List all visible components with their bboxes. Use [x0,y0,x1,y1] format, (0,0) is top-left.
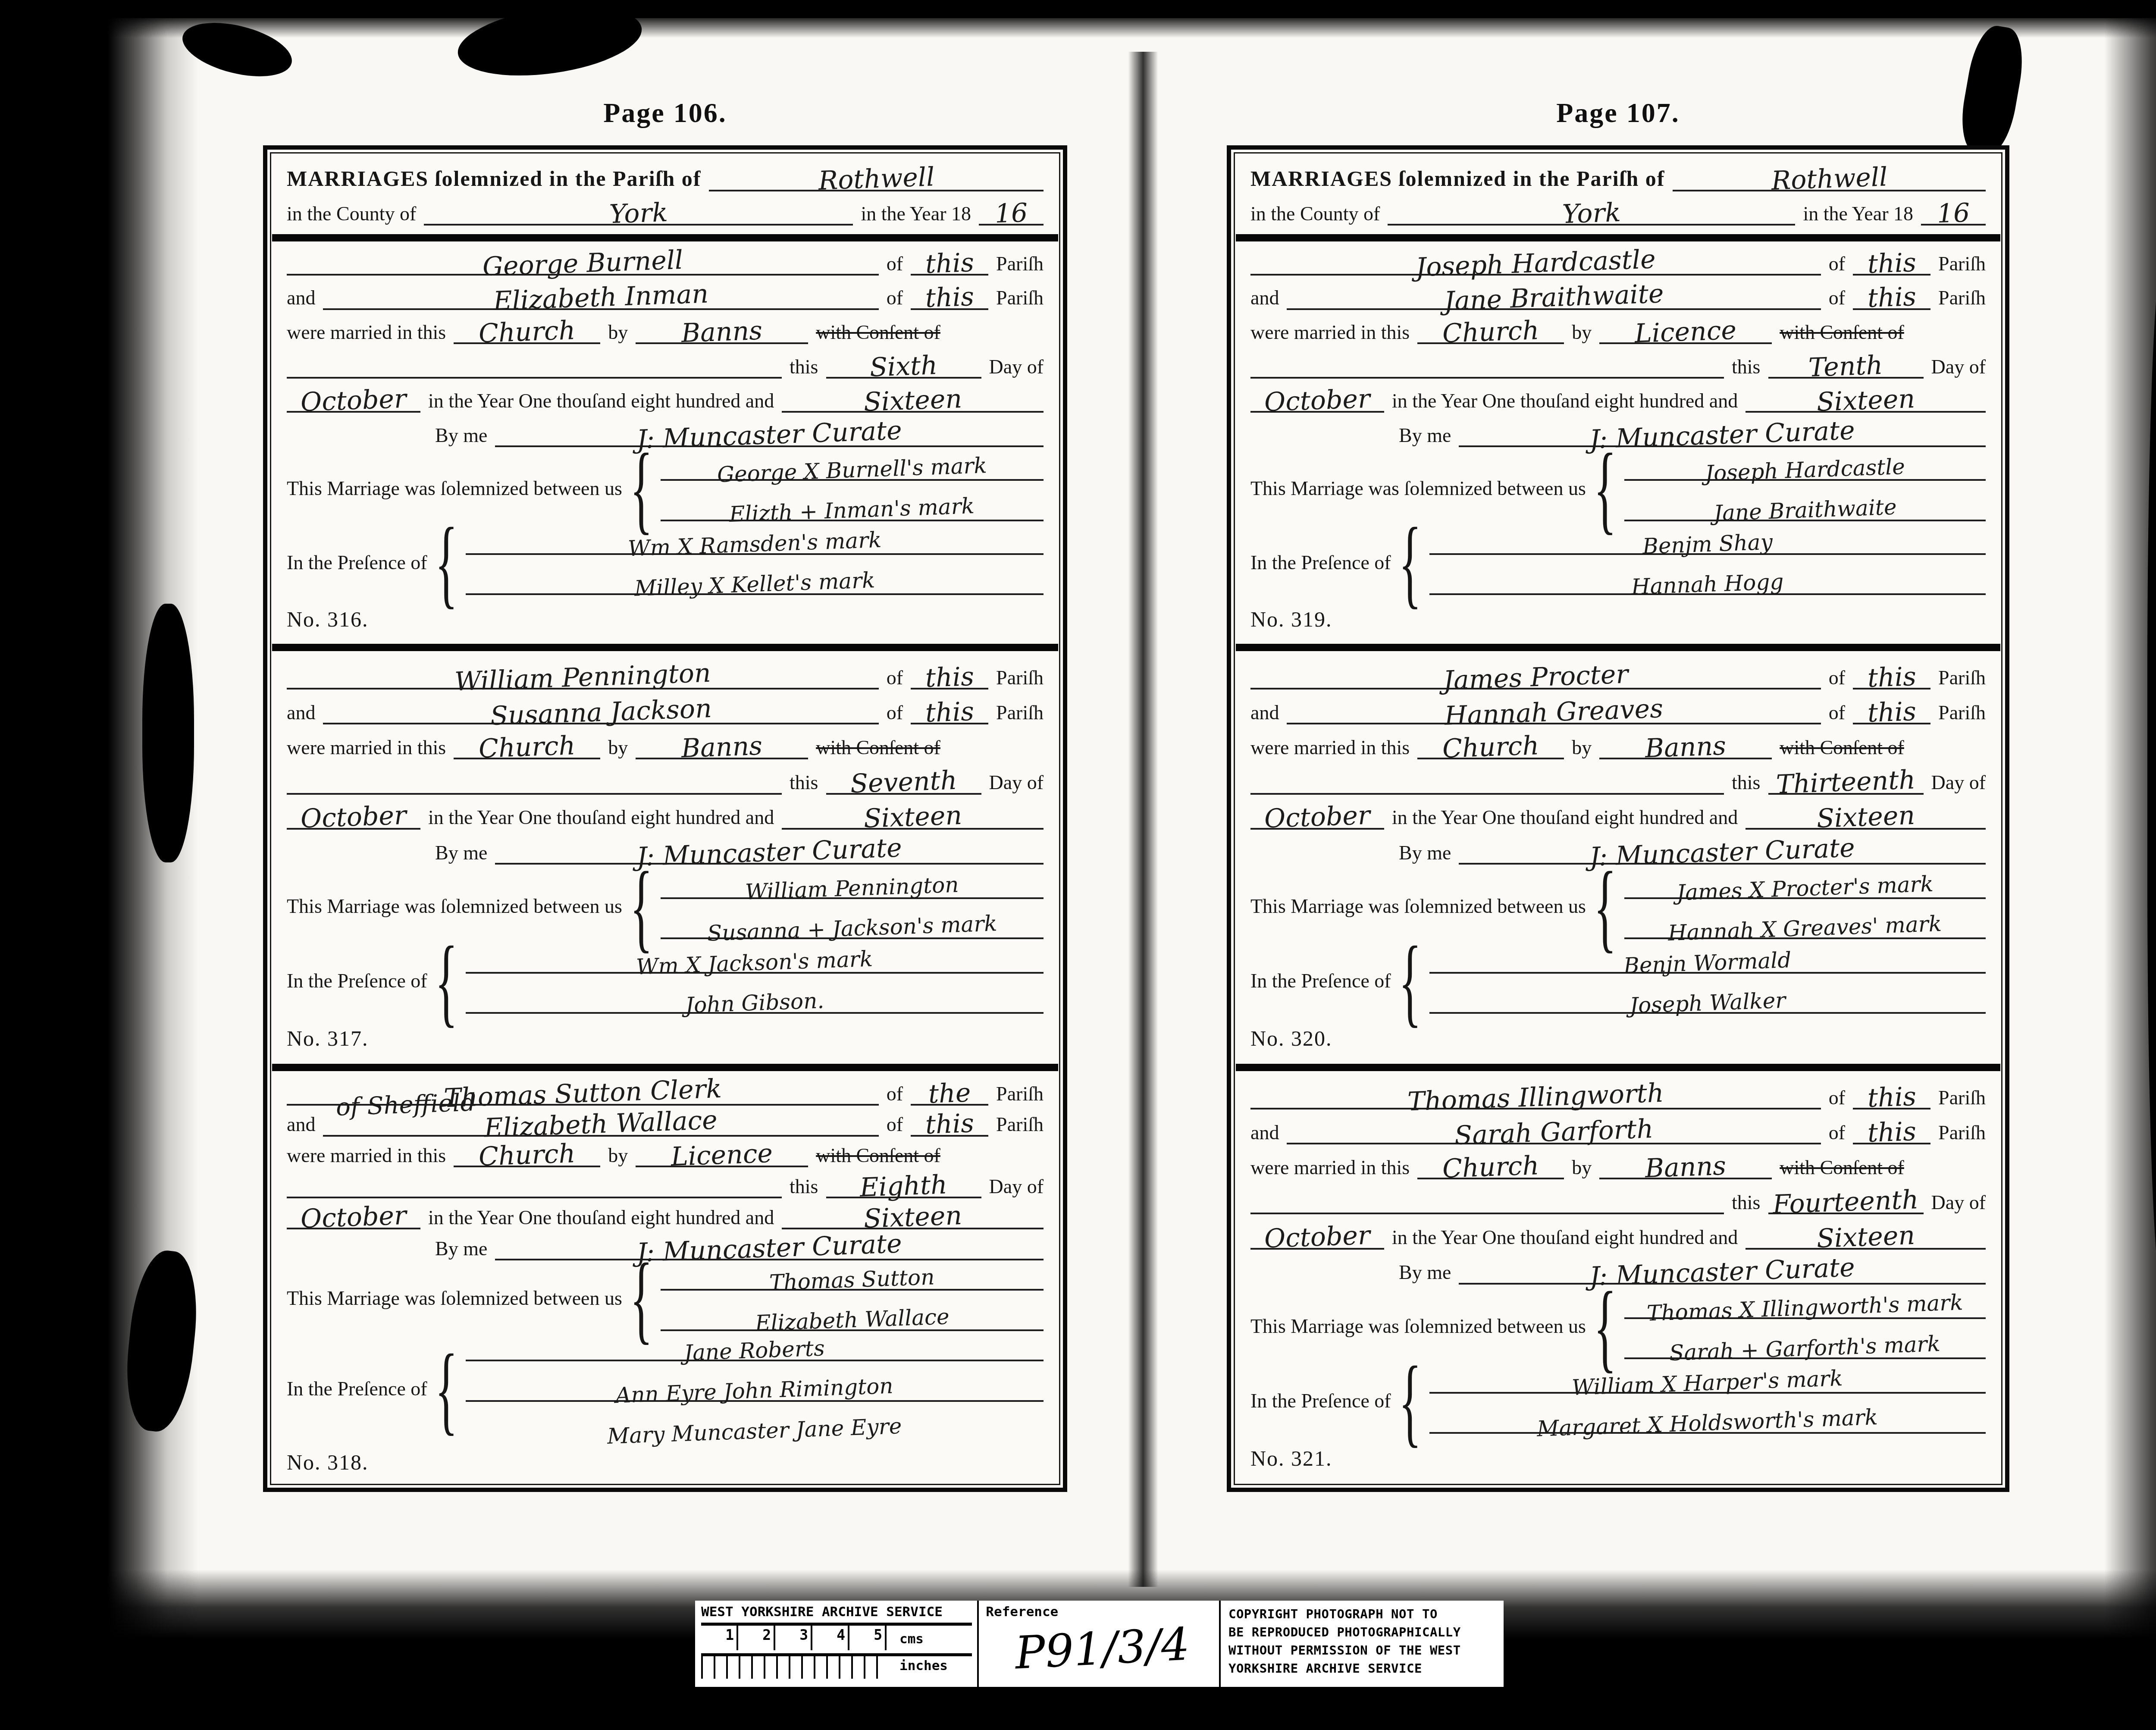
day-of-label: Day of [1931,1191,1986,1214]
year-words-label: in the Year One thouſand eight hundred a… [428,389,774,413]
this-label: this [1732,1191,1760,1214]
and-label: and [1250,1121,1279,1144]
bride-parish: this [925,286,974,309]
day-value: Fourteenth [1773,1189,1919,1215]
consent-label-struck: with Conſent of [1780,736,1904,759]
entry-number: No. 316. [287,606,369,632]
brace-icon: { [435,941,458,1021]
place-value: Church [478,1143,576,1167]
of-label: of [887,1113,903,1136]
county-label: in the County of [1250,202,1380,226]
entry-number: No. 317. [287,1025,369,1051]
day-of-label: Day of [989,355,1044,379]
consent-label-struck: with Conſent of [1780,1156,1904,1179]
place-value: Church [1442,1155,1539,1179]
brace-icon: { [435,523,458,602]
presence-label: In the Preſence of [287,551,427,574]
consent-label-struck: with Conſent of [816,736,940,759]
month-value: October [300,1205,407,1229]
bride-parish: this [925,701,974,724]
place-value: Church [478,735,576,759]
groom-parish: this [1867,252,1916,275]
copyright-line: WITHOUT PERMISSION OF THE WEST [1228,1641,1504,1659]
consent-label-struck: with Conſent of [1780,320,1904,344]
bride-parish: this [925,1113,974,1136]
method-value: Banns [681,736,763,759]
copyright-line: YORKSHIRE ARCHIVE SERVICE [1228,1659,1504,1677]
solemnized-label: This Marriage was ſolemnized between us [287,894,622,918]
groom-parish: this [1867,1086,1916,1109]
solemnized-line: George X Burnell's mark [717,457,987,483]
day-of-label: Day of [1931,355,1986,379]
witness-line: Wm X Jackson's mark [636,950,873,975]
parish-name: Rothwell [818,167,935,191]
witness-line: Margaret X Holdsworth's mark [1537,1408,1878,1438]
groom-name: Thomas Illingworth [1407,1083,1664,1113]
solemnized-line: William Pennington [745,876,959,900]
cms-label: cms [899,1631,924,1650]
solemnized-line: Thomas X Illingworth's mark [1647,1294,1964,1323]
married-in-label: were married in this [1250,736,1410,759]
day-value: Seventh [850,770,957,795]
year-word-value: Sixteen [863,805,962,829]
marriage-entry-317: William Pennington of this Pariſh and Su… [271,651,1059,1064]
year-word-value: Sixteen [1816,389,1915,413]
ruler-bar [701,1623,972,1626]
officiant-signature: J: Muncaster Curate [636,420,903,450]
parish-label: Pariſh [996,252,1044,276]
ruler-number: 3 [775,1626,812,1650]
brace-icon: { [630,866,653,946]
and-label: and [1250,286,1279,310]
year-word-value: Sixteen [863,389,962,413]
page-label: Page 106. [263,97,1067,129]
year-suffix: 16 [1937,203,1970,225]
parish-label: Pariſh [996,1082,1044,1106]
groom-parish: this [1867,666,1916,689]
solemnized-label: This Marriage was ſolemnized between us [1250,894,1586,918]
this-label: this [790,1175,818,1198]
solemnized-line: Hannah X Greaves' mark [1668,915,1942,942]
parish-label: Pariſh [1938,252,1986,276]
rule-divider [272,234,1058,241]
this-label: this [790,355,818,379]
copyright-line: COPYRIGHT PHOTOGRAPH NOT TO [1228,1605,1504,1623]
solemnized-line: Thomas Sutton [769,1269,935,1291]
year18-label: in the Year 18 [861,202,971,226]
place-value: Church [1442,320,1539,344]
married-in-label: were married in this [1250,320,1410,344]
witness-line: Jane Roberts [684,1340,825,1362]
consent-label-struck: with Conſent of [816,320,940,344]
inch-ruler [701,1656,887,1679]
solemnized-line: Jane Braithwaite [1713,498,1897,522]
groom-name: Thomas Sutton Clerk [443,1078,722,1108]
groom-name: George Burnell [482,250,683,277]
year-word-value: Sixteen [863,1205,962,1229]
witness-line: Joseph Walker [1629,992,1786,1015]
parish-label: Pariſh [996,666,1044,689]
by-label: by [1572,736,1592,759]
day-value: Thirteenth [1776,770,1916,795]
day-value: Tenth [1808,355,1883,378]
entry-number: No. 319. [1250,606,1332,632]
entry-divider [272,1064,1058,1071]
witness-line: Benjm Shay [1642,533,1773,555]
register-page-107: Page 107. MARRIAGES ſolemnized in the Pa… [1227,97,2009,1492]
parish-label: Pariſh [1938,1121,1986,1144]
year18-label: in the Year 18 [1803,202,1913,226]
inches-label: inches [899,1658,948,1677]
by-me-label: By me [435,841,487,865]
brace-icon: { [1594,448,1617,528]
year-words-label: in the Year One thouſand eight hundred a… [1392,1225,1738,1249]
of-label: of [1829,666,1845,689]
presence-label: In the Preſence of [1250,1389,1391,1413]
entry-number: No. 321. [1250,1445,1332,1471]
by-label: by [608,736,628,759]
solemnized-line: Elizabeth Wallace [755,1308,950,1332]
year-word-value: Sixteen [1816,1225,1915,1249]
parish-label: Pariſh [1938,1086,1986,1109]
day-of-label: Day of [989,1175,1044,1198]
cm-ruler: 1 2 3 4 5 [701,1626,887,1650]
brace-icon: { [630,448,653,528]
of-label: of [887,286,903,310]
month-value: October [1264,389,1370,413]
county-name: York [1562,202,1621,225]
witness-line: John Gibson. [685,992,824,1014]
year-words-label: in the Year One thouſand eight hundred a… [428,805,774,829]
bride-name: Jane Braithwaite [1444,284,1664,312]
by-me-label: By me [1399,841,1451,865]
solemnized-line: James X Procter's mark [1676,875,1934,901]
of-label: of [887,252,903,276]
year-words-label: in the Year One thouſand eight hundred a… [428,1206,774,1229]
day-value: Sixth [869,355,937,378]
of-label: of [887,1082,903,1106]
and-label: and [287,286,315,310]
brace-icon: { [1399,523,1422,602]
parish-label: Pariſh [996,286,1044,310]
page-gutter-shadow [1128,52,1158,1587]
bride-name: Elizabeth Wallace [484,1110,718,1139]
method-value: Banns [1645,736,1727,759]
marriage-entry-319: MARRIAGES ſolemnized in the Pariſh of Ro… [1235,154,2001,644]
officiant-signature: J: Muncaster Curate [1589,420,1855,450]
consent-label-struck: with Conſent of [816,1144,940,1167]
copyright-line: BE REPRODUCED PHOTOGRAPHICALLY [1228,1623,1504,1641]
place-value: Church [1442,735,1539,759]
this-label: this [790,771,818,794]
solemnized-line: Susanna + Jackson's mark [707,915,997,942]
scale-ruler-panel: WEST YORKSHIRE ARCHIVE SERVICE 1 2 3 4 5… [695,1601,979,1687]
marriages-header-label: MARRIAGES ſolemnized in the Pariſh of [1250,166,1665,191]
groom-parish: this [925,252,974,275]
by-label: by [1572,320,1592,344]
married-in-label: were married in this [287,320,446,344]
reference-value: P91/3/4 [984,1616,1220,1681]
ruler-bar [701,1653,972,1656]
married-in-label: were married in this [287,736,446,759]
ruler-number: 5 [849,1626,887,1650]
presence-label: In the Preſence of [287,1377,427,1401]
reference-panel: Reference P91/3/4 [979,1601,1221,1687]
by-me-label: By me [1399,423,1451,447]
by-me-label: By me [1399,1260,1451,1284]
and-label: and [287,1113,315,1136]
scan-smudge [142,604,194,862]
bride-name: Susanna Jackson [490,698,712,727]
year-words-label: in the Year One thouſand eight hundred a… [1392,805,1738,829]
solemnized-label: This Marriage was ſolemnized between us [287,476,622,500]
brace-icon: { [1399,1361,1422,1441]
witness-line: Ann Eyre John Rimington [615,1377,894,1404]
solemnized-label: This Marriage was ſolemnized between us [1250,476,1586,500]
solemnized-label: This Marriage was ſolemnized between us [1250,1314,1586,1338]
entry-divider [1236,1064,2000,1071]
solemnized-line: Joseph Hardcastle [1705,458,1905,482]
archive-service-title: WEST YORKSHIRE ARCHIVE SERVICE [701,1604,972,1620]
witness-line: Hannah Hogg [1631,573,1784,595]
presence-label: In the Preſence of [1250,551,1391,574]
page-frame: MARRIAGES ſolemnized in the Pariſh of Ro… [263,145,1067,1492]
register-page-106: Page 106. MARRIAGES ſolemnized in the Pa… [263,97,1067,1492]
of-label: of [1829,1086,1845,1109]
parish-label: Pariſh [1938,666,1986,689]
year-words-label: in the Year One thouſand eight hundred a… [1392,389,1738,413]
archive-footer: WEST YORKSHIRE ARCHIVE SERVICE 1 2 3 4 5… [695,1601,1504,1687]
brace-icon: { [1594,1286,1617,1366]
entry-divider [1236,644,2000,651]
officiant-signature: J: Muncaster Curate [1589,1257,1855,1287]
reference-label: Reference [986,1604,1219,1620]
month-value: October [300,389,407,413]
officiant-signature: J: Muncaster Curate [636,1233,903,1263]
marriages-header-label: MARRIAGES ſolemnized in the Pariſh of [287,166,701,191]
county-name: York [609,202,668,225]
of-label: of [1829,286,1845,310]
page-label: Page 107. [1227,97,2009,129]
year-word-value: Sixteen [1816,805,1915,829]
parish-label: Pariſh [996,701,1044,724]
officiant-signature: J: Muncaster Curate [1589,837,1855,867]
month-value: October [1264,805,1370,830]
method-value: Licence [1634,320,1736,344]
place-value: Church [478,320,576,344]
bride-parish: this [1867,701,1916,724]
this-label: this [1732,355,1760,379]
bride-name: Hannah Greaves [1444,698,1663,727]
by-label: by [1572,1156,1592,1179]
brace-icon: { [1594,866,1617,946]
solemnized-line: Elizth + Inman's mark [729,498,975,523]
of-label: of [1829,1121,1845,1144]
year-suffix: 16 [994,203,1028,225]
presence-label: In the Preſence of [1250,969,1391,993]
entry-divider [272,644,1058,651]
of-label: of [1829,252,1845,276]
ruler-number: 2 [738,1626,775,1650]
solemnized-label: This Marriage was ſolemnized between us [287,1286,622,1310]
groom-parish-continuation: of Sheffield [335,1094,476,1118]
witness-line: William X Harper's mark [1572,1370,1843,1396]
groom-name: William Pennington [454,663,711,693]
bride-name: Elizabeth Inman [493,284,708,312]
of-label: of [887,701,903,724]
witness-line: Milley X Kellet's mark [634,571,875,597]
witness-line: Mary Muncaster Jane Eyre [607,1417,902,1445]
married-in-label: were married in this [287,1144,446,1167]
of-label: of [1829,701,1845,724]
parish-name: Rothwell [1771,167,1888,191]
by-me-label: By me [435,1237,487,1260]
by-label: by [608,1144,628,1167]
by-me-label: By me [435,423,487,447]
and-label: and [287,701,315,724]
witness-line: Wm X Ramsden's mark [627,531,881,558]
bride-name: Sarah Garforth [1454,1119,1654,1146]
witness-line: Benjn Wormald [1623,951,1792,975]
rule-divider [1236,234,2000,241]
groom-name: Joseph Hardcastle [1415,249,1656,278]
officiant-signature: J: Muncaster Curate [636,837,903,867]
marriage-entry-321: Thomas Illingworth of this Pariſh and Sa… [1235,1071,2001,1484]
groom-name: James Procter [1443,664,1629,691]
presence-label: In the Preſence of [287,969,427,993]
method-value: Banns [681,320,763,344]
marriage-entry-320: James Procter of this Pariſh and Hannah … [1235,651,2001,1064]
entry-number: No. 318. [287,1449,369,1475]
bride-parish: this [1867,286,1916,309]
by-label: by [608,320,628,344]
day-of-label: Day of [1931,771,1986,794]
book-top-edge [69,18,2156,38]
copyright-panel: COPYRIGHT PHOTOGRAPH NOT TO BE REPRODUCE… [1221,1601,1504,1687]
entry-number: No. 320. [1250,1025,1332,1051]
parish-label: Pariſh [1938,286,1986,310]
parish-label: Pariſh [1938,701,1986,724]
day-of-label: Day of [989,771,1044,794]
and-label: and [1250,701,1279,724]
brace-icon: { [630,1258,653,1338]
parish-label: Pariſh [996,1113,1044,1136]
solemnized-line: Sarah + Garforth's mark [1669,1335,1941,1362]
county-label: in the County of [287,202,416,226]
day-value: Eighth [859,1174,947,1198]
page-frame: MARRIAGES ſolemnized in the Pariſh of Ro… [1227,145,2009,1492]
brace-icon: { [435,1349,458,1429]
bride-parish: this [1867,1121,1916,1144]
groom-parish: this [925,666,974,689]
month-value: October [1264,1225,1370,1250]
marriage-entry-316: MARRIAGES ſolemnized in the Pariſh of Ro… [271,154,1059,644]
month-value: October [300,805,407,830]
method-value: Licence [671,1143,773,1167]
ruler-number: 1 [701,1626,738,1650]
of-label: of [887,666,903,689]
ruler-number: 4 [812,1626,849,1650]
married-in-label: were married in this [1250,1156,1410,1179]
marriage-entry-318: Thomas Sutton Clerk of the Pariſh of She… [271,1071,1059,1484]
this-label: this [1732,771,1760,794]
groom-parish: the [928,1082,971,1104]
brace-icon: { [1399,941,1422,1021]
method-value: Banns [1645,1156,1727,1179]
